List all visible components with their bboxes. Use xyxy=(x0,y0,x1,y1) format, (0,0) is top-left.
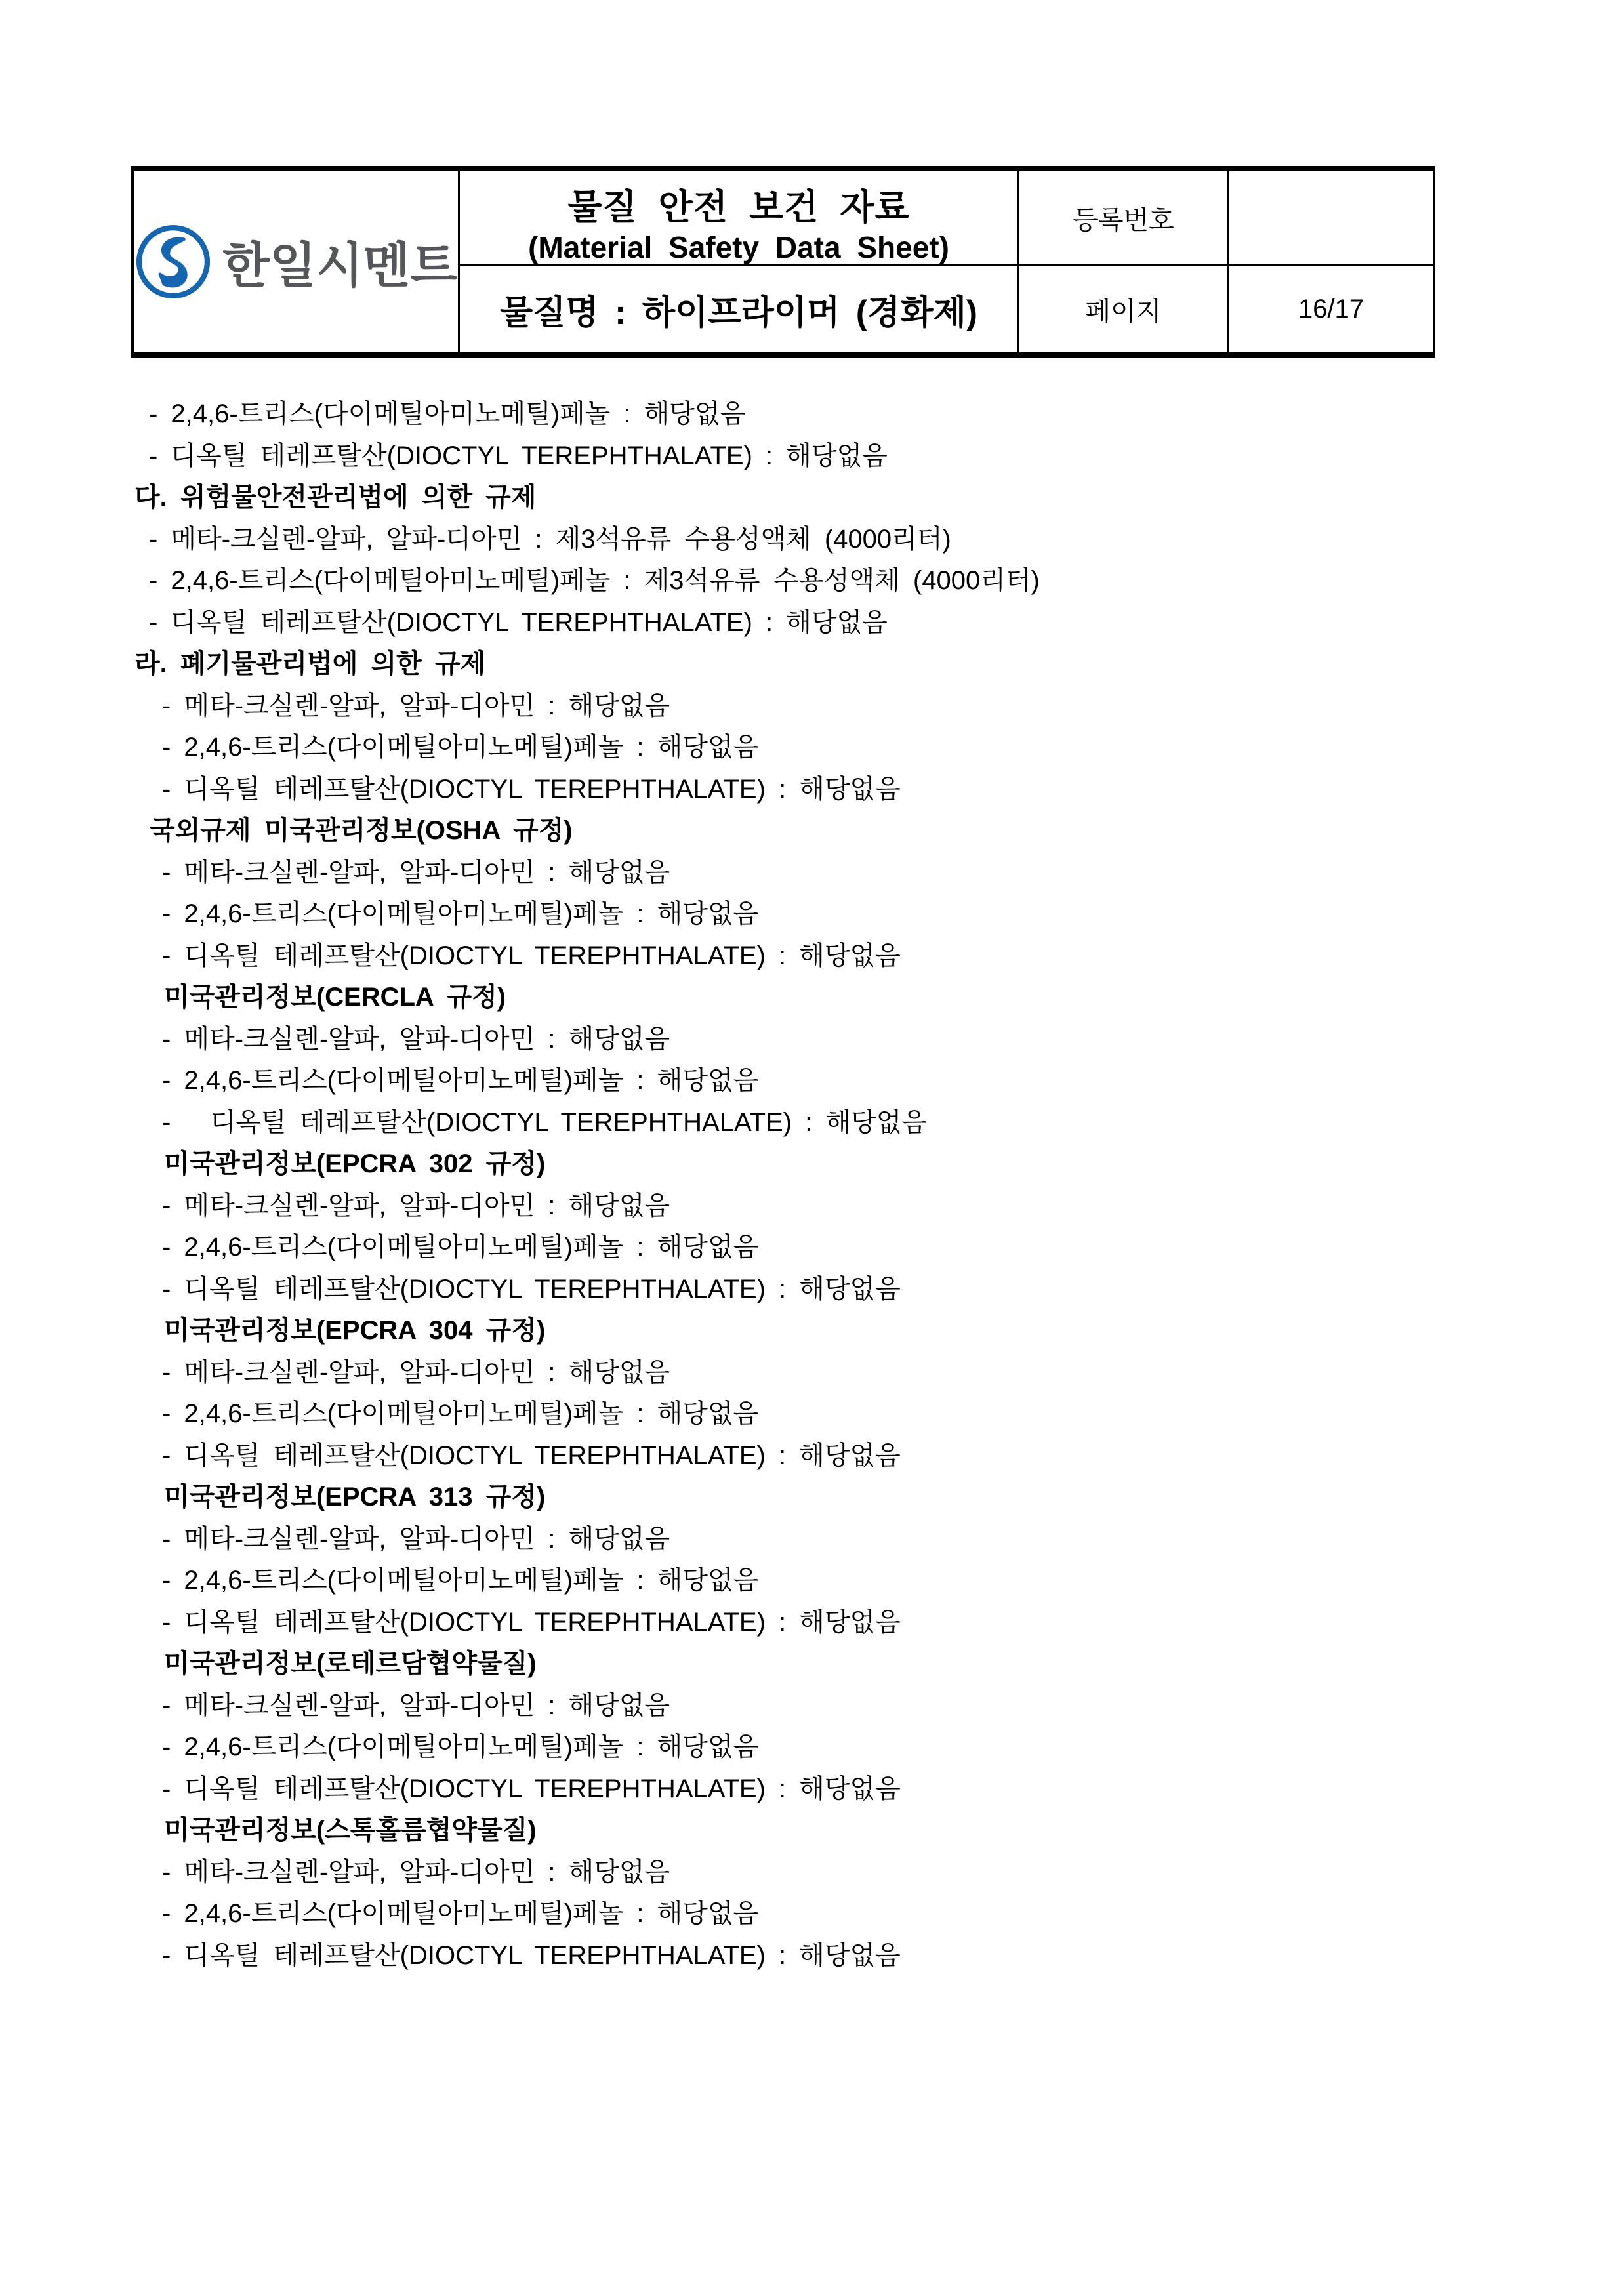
regulatory-content: - 2,4,6-트리스(다이메틸아미노메틸)페놀 : 해당없음- 디옥틸 테레프… xyxy=(0,394,1621,1977)
list-item: - 메타-크실렌-알파, 알파-디아민 : 해당없음 xyxy=(0,1852,1621,1894)
list-item: - 메타-크실렌-알파, 알파-디아민 : 해당없음 xyxy=(0,1685,1621,1727)
section-heading: 다. 위험물안전관리법에 의한 규제 xyxy=(0,477,1621,519)
list-item: - 디옥틸 테레프탈산(DIOCTYL TEREPHTHALATE) : 해당없… xyxy=(0,1935,1621,1977)
list-item: - 2,4,6-트리스(다이메틸아미노메틸)페놀 : 해당없음 xyxy=(0,1727,1621,1769)
list-item: - 디옥틸 테레프탈산(DIOCTYL TEREPHTHALATE) : 해당없… xyxy=(0,1269,1621,1311)
list-item: - 2,4,6-트리스(다이메틸아미노메틸)페놀 : 해당없음 xyxy=(0,1227,1621,1269)
list-item: - 디옥틸 테레프탈산(DIOCTYL TEREPHTHALATE) : 해당없… xyxy=(0,1769,1621,1811)
section-heading: 미국관리정보(CERCLA 규정) xyxy=(0,977,1621,1019)
list-item: - 디옥틸 테레프탈산(DIOCTYL TEREPHTHALATE) : 해당없… xyxy=(0,1602,1621,1644)
document-title-english: (Material Safety Data Sheet) xyxy=(528,230,949,265)
list-item: - 메타-크실렌-알파, 알파-디아민 : 제3석유류 수용성액체 (4000리… xyxy=(0,519,1621,561)
list-item: - 디옥틸 테레프탈산(DIOCTYL TEREPHTHALATE) : 해당없… xyxy=(0,602,1621,644)
list-item: - 디옥틸 테레프탈산(DIOCTYL TEREPHTHALATE) : 해당없… xyxy=(0,1102,1621,1144)
document-title-cell: 물질 안전 보건 자료 (Material Safety Data Sheet) xyxy=(460,171,1019,266)
company-name: 한일시멘트 xyxy=(222,227,457,297)
page-label: 페이지 xyxy=(1019,266,1229,352)
document-title-korean: 물질 안전 보건 자료 xyxy=(567,179,909,230)
hanil-cement-logo-icon xyxy=(134,223,212,300)
substance-name: 물질명 : 하이프라이머 (경화제) xyxy=(460,266,1019,352)
section-heading: 미국관리정보(EPCRA 304 규정) xyxy=(0,1310,1621,1352)
list-item: - 디옥틸 테레프탈산(DIOCTYL TEREPHTHALATE) : 해당없… xyxy=(0,436,1621,478)
list-item: - 2,4,6-트리스(다이메틸아미노메틸)페놀 : 해당없음 xyxy=(0,727,1621,769)
list-item: - 디옥틸 테레프탈산(DIOCTYL TEREPHTHALATE) : 해당없… xyxy=(0,769,1621,811)
section-heading: 국외규제 미국관리정보(OSHA 규정) xyxy=(0,810,1621,852)
list-item: - 메타-크실렌-알파, 알파-디아민 : 해당없음 xyxy=(0,1519,1621,1561)
section-heading: 라. 폐기물관리법에 의한 규제 xyxy=(0,644,1621,686)
list-item: - 2,4,6-트리스(다이메틸아미노메틸)페놀 : 해당없음 xyxy=(0,1060,1621,1102)
list-item: - 2,4,6-트리스(다이메틸아미노메틸)페놀 : 해당없음 xyxy=(0,1560,1621,1602)
page-number: 16/17 xyxy=(1229,266,1433,352)
list-item: - 메타-크실렌-알파, 알파-디아민 : 해당없음 xyxy=(0,1185,1621,1227)
section-heading: 미국관리정보(EPCRA 302 규정) xyxy=(0,1143,1621,1185)
list-item: - 메타-크실렌-알파, 알파-디아민 : 해당없음 xyxy=(0,1352,1621,1394)
company-logo: 한일시멘트 xyxy=(134,171,460,352)
list-item: - 디옥틸 테레프탈산(DIOCTYL TEREPHTHALATE) : 해당없… xyxy=(0,935,1621,977)
section-heading: 미국관리정보(로테르담협약물질) xyxy=(0,1643,1621,1685)
list-item: - 2,4,6-트리스(다이메틸아미노메틸)페놀 : 제3석유류 수용성액체 (… xyxy=(0,560,1621,602)
list-item: - 2,4,6-트리스(다이메틸아미노메틸)페놀 : 해당없음 xyxy=(0,1393,1621,1435)
list-item: - 디옥틸 테레프탈산(DIOCTYL TEREPHTHALATE) : 해당없… xyxy=(0,1435,1621,1477)
list-item: - 메타-크실렌-알파, 알파-디아민 : 해당없음 xyxy=(0,686,1621,728)
registration-number-label: 등록번호 xyxy=(1019,171,1229,266)
registration-number-value xyxy=(1229,171,1433,266)
list-item: - 메타-크실렌-알파, 알파-디아민 : 해당없음 xyxy=(0,1019,1621,1061)
section-heading: 미국관리정보(EPCRA 313 규정) xyxy=(0,1477,1621,1519)
section-heading: 미국관리정보(스톡홀름협약물질) xyxy=(0,1810,1621,1852)
list-item: - 메타-크실렌-알파, 알파-디아민 : 해당없음 xyxy=(0,852,1621,894)
list-item: - 2,4,6-트리스(다이메틸아미노메틸)페놀 : 해당없음 xyxy=(0,893,1621,935)
list-item: - 2,4,6-트리스(다이메틸아미노메틸)페놀 : 해당없음 xyxy=(0,1893,1621,1935)
header-table: 한일시멘트 물질 안전 보건 자료 (Material Safety Data … xyxy=(131,166,1435,358)
list-item: - 2,4,6-트리스(다이메틸아미노메틸)페놀 : 해당없음 xyxy=(0,394,1621,436)
